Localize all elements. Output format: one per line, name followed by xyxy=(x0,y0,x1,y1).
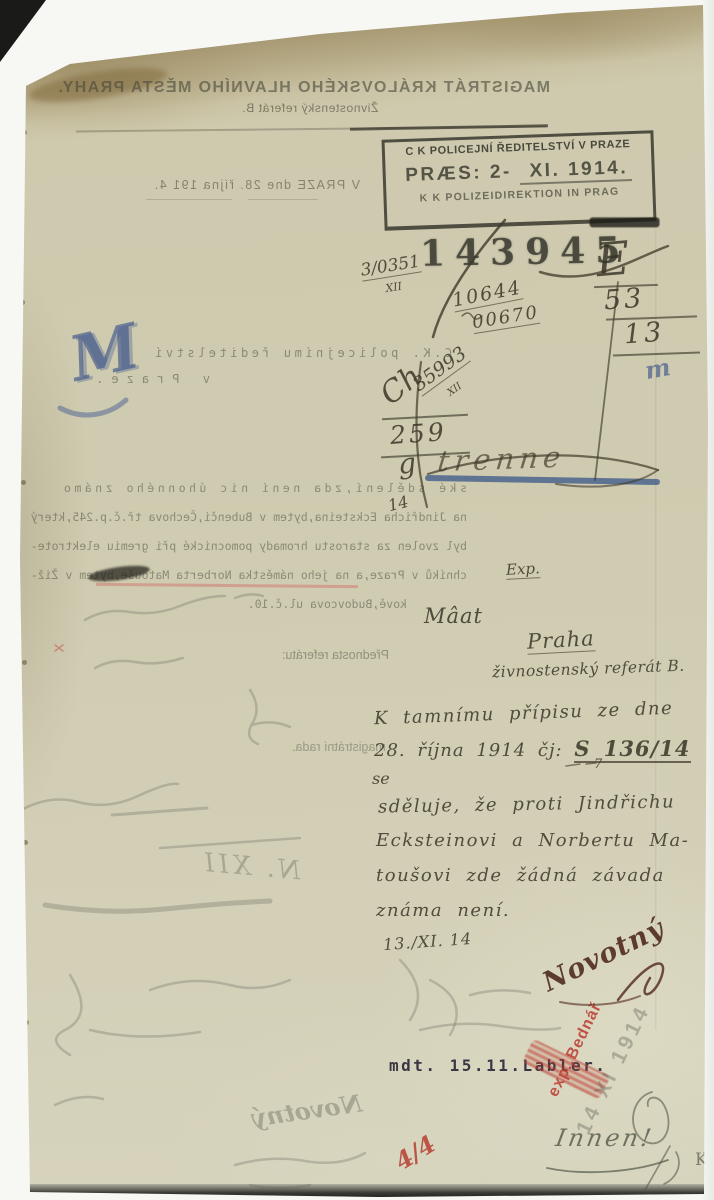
ghost-dateline: V PRAZE dne 28. října 191 4. xyxy=(102,178,360,192)
registry-month: XII xyxy=(445,381,464,399)
ghost-typed-line: kově,Budovcova ul.č.10. xyxy=(22,590,407,619)
note-line2: 28. října 1914 čj: S 136/14 xyxy=(374,736,691,761)
dateline-blank-rule xyxy=(248,199,318,200)
registry-month: XII xyxy=(385,280,403,295)
note-addressee-praha: Praha xyxy=(526,626,595,655)
registry-column-13: 13 xyxy=(623,317,665,351)
innen-underline xyxy=(547,1160,668,1172)
exp-mark: Exp. xyxy=(506,559,541,580)
paper-bottom-shadow xyxy=(20,1184,714,1200)
ghost-novotny-signature: Novotný xyxy=(251,1088,364,1132)
note-line4: sděluje, že proti Jindřichu xyxy=(378,791,676,817)
note-line2-date: 28. října 1914 čj: xyxy=(374,740,563,761)
scan-corner-black xyxy=(0,0,46,62)
ghost-addressee-line1: C.K. policejnímu ředitelství xyxy=(152,346,452,360)
note-reference-number: S 136/14 xyxy=(574,736,690,763)
ghost-official-rank: magistrátní rada. xyxy=(292,740,386,754)
ghost-typed-body: ské sdělení,zda není nic úhonného známo … xyxy=(22,474,467,619)
scanned-archival-document: MAGISTRÁT KRÁLOVSKÉHO HLAVNÍHO MĚSTA PRA… xyxy=(0,0,714,1200)
ghost-red-tick xyxy=(55,645,63,651)
letterhead-rule-dark xyxy=(350,124,548,130)
binding-hole xyxy=(22,130,27,135)
binding-hole xyxy=(23,840,28,845)
red-pencil-fraction: 4/4 xyxy=(390,1129,441,1176)
document-paper: MAGISTRÁT KRÁLOVSKÉHO HLAVNÍHO MĚSTA PRA… xyxy=(0,0,714,1200)
ghost-district-number: N. XII xyxy=(199,848,302,887)
police-directorate-stamp: C K POLICEJNÍ ŘEDITELSTVÍ V PRAZE PRÆS: … xyxy=(381,130,656,230)
note-line1: K tamnímu přípisu ze dne xyxy=(374,698,674,729)
binding-hole xyxy=(22,660,27,665)
stamp-date-value: XI. 1914. xyxy=(519,157,632,185)
binding-hole xyxy=(24,1020,29,1025)
stamp-german-line: K K POLIZEIDIREKTION IN PRAG xyxy=(386,184,652,205)
note-line3-se: se xyxy=(372,769,390,788)
ghost-letterhead-subtitle: Živnostenský referát B. xyxy=(180,101,440,115)
blue-pencil-swash xyxy=(60,400,126,415)
registry-column-m-blue: m xyxy=(643,352,673,385)
note-date: 13./XI. 14 xyxy=(382,929,472,954)
paper-crease xyxy=(655,230,658,1030)
registry-column-53: 53 xyxy=(603,283,645,317)
reference-dashes xyxy=(566,763,596,766)
trenne-word: trenne xyxy=(436,440,567,478)
ghost-typed-line: byl zvolen za starostu hromady pomocnick… xyxy=(22,532,467,561)
innen-note: Innen! xyxy=(554,1124,657,1152)
note-line7: známa není. xyxy=(376,900,510,921)
binding-hole xyxy=(20,300,25,305)
stamp-czech-line: C K POLICEJNÍ ŘEDITELSTVÍ V PRAZE xyxy=(385,137,651,158)
ghost-typed-line: ské sdělení,zda není nic úhonného známo xyxy=(22,474,467,503)
signature-underline xyxy=(560,996,640,1005)
stamp-praes-date: PRÆS: 2- XI. 1914. xyxy=(385,156,652,187)
novotny-signature: Novotný xyxy=(538,913,670,998)
dateline-blank-rule xyxy=(146,199,232,200)
ghost-official-title: Přednosta referátu: xyxy=(282,648,389,662)
registry-initial-e: E xyxy=(594,231,632,288)
stamp-praes-label: PRÆS: 2- xyxy=(405,161,512,186)
registry-number-top-left: 3/0351 XII xyxy=(359,252,424,301)
note-line6: toušovi zde žádná závada xyxy=(376,865,665,886)
ghost-typed-line: na Jindřicha Ecksteina,bytem v Bubenči,Č… xyxy=(22,503,467,532)
note-addressee-magistrat: Mâat xyxy=(424,604,483,628)
ghost-letterhead-title: MAGISTRÁT KRÁLOVSKÉHO HLAVNÍHO MĚSTA PRA… xyxy=(72,79,550,97)
note-line5: Ecksteinovi a Norbertu Ma- xyxy=(376,830,689,851)
registry-number-value: 3/0351 xyxy=(359,252,421,282)
note-line2-sub7: 7 xyxy=(594,757,602,772)
ghost-addressee-line2: v Praze. xyxy=(55,372,210,386)
